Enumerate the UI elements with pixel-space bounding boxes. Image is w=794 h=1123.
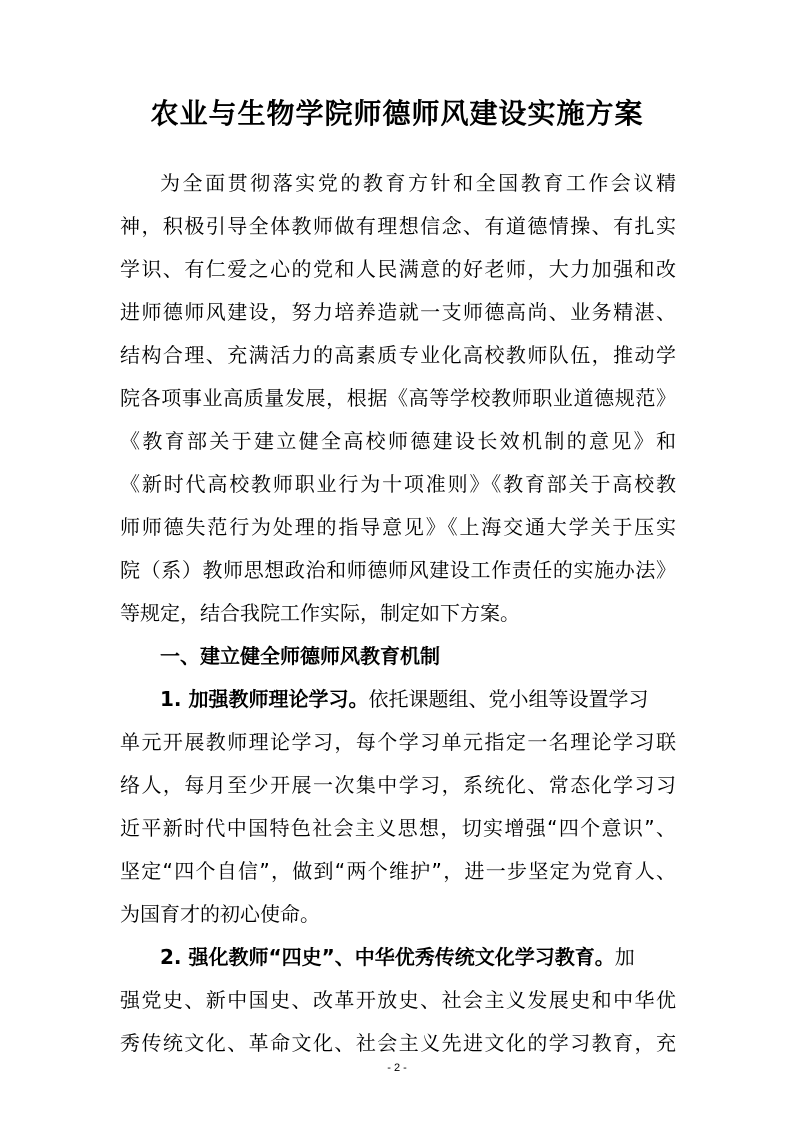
paragraph-line: 学识、有仁爱之心的党和人民满意的好老师，大力加强和改 [120, 248, 676, 291]
paragraph-line: 近平新时代中国特色社会主义思想，切实增强“四个意识”、 [120, 807, 676, 850]
paragraph-line: 等规定，结合我院工作实际，制定如下方案。 [120, 592, 676, 635]
paragraph-line: 1. 加强教师理论学习。依托课题组、党小组等设置学习 [160, 678, 676, 721]
paragraph-line: 单元开展教师理论学习，每个学习单元指定一名理论学习联 [120, 721, 676, 764]
item-text: 依托课题组、党小组等设置学习 [368, 687, 648, 711]
paragraph-line: 进师德师风建设，努力培养造就一支师德高尚、业务精湛、 [120, 291, 676, 334]
paragraph-line: 《新时代高校教师职业行为十项准则》《教育部关于高校教 [120, 463, 676, 506]
paragraph-line: 秀传统文化、革命文化、社会主义先进文化的学习教育，充 [120, 1022, 676, 1065]
document-title: 农业与生物学院师德师风建设实施方案 [0, 94, 794, 134]
paragraph-line: 络人，每月至少开展一次集中学习，系统化、常态化学习习 [120, 764, 676, 807]
paragraph-line: 2. 强化教师“四史”、中华优秀传统文化学习教育。加 [160, 936, 676, 979]
section-heading: 一、建立健全师德师风教育机制 [160, 635, 676, 678]
item-lead: 2. 强化教师“四史”、中华优秀传统文化学习教育。 [160, 945, 615, 969]
paragraph-line: 结构合理、充满活力的高素质专业化高校教师队伍，推动学 [120, 334, 676, 377]
paragraph-line: 为全面贯彻落实党的教育方针和全国教育工作会议精 [160, 162, 676, 205]
paragraph-line: 为国育才的初心使命。 [120, 893, 676, 936]
paragraph-line: 坚定“四个自信”，做到“两个维护”，进一步坚定为党育人、 [120, 850, 676, 893]
paragraph-line: 神，积极引导全体教师做有理想信念、有道德情操、有扎实 [120, 205, 676, 248]
paragraph-line: 院（系）教师思想政治和师德师风建设工作责任的实施办法》 [120, 549, 676, 592]
paragraph-line: 《教育部关于建立健全高校师德建设长效机制的意见》和 [120, 420, 676, 463]
item-lead: 1. 加强教师理论学习。 [160, 687, 368, 711]
paragraph-line: 师师德失范行为处理的指导意见》《上海交通大学关于压实 [120, 506, 676, 549]
paragraph-line: 强党史、新中国史、改革开放史、社会主义发展史和中华优 [120, 979, 676, 1022]
item-text: 加 [615, 945, 635, 969]
paragraph-line: 院各项事业高质量发展，根据《高等学校教师职业道德规范》 [120, 377, 676, 420]
page-number: - 2 - [0, 1062, 794, 1074]
